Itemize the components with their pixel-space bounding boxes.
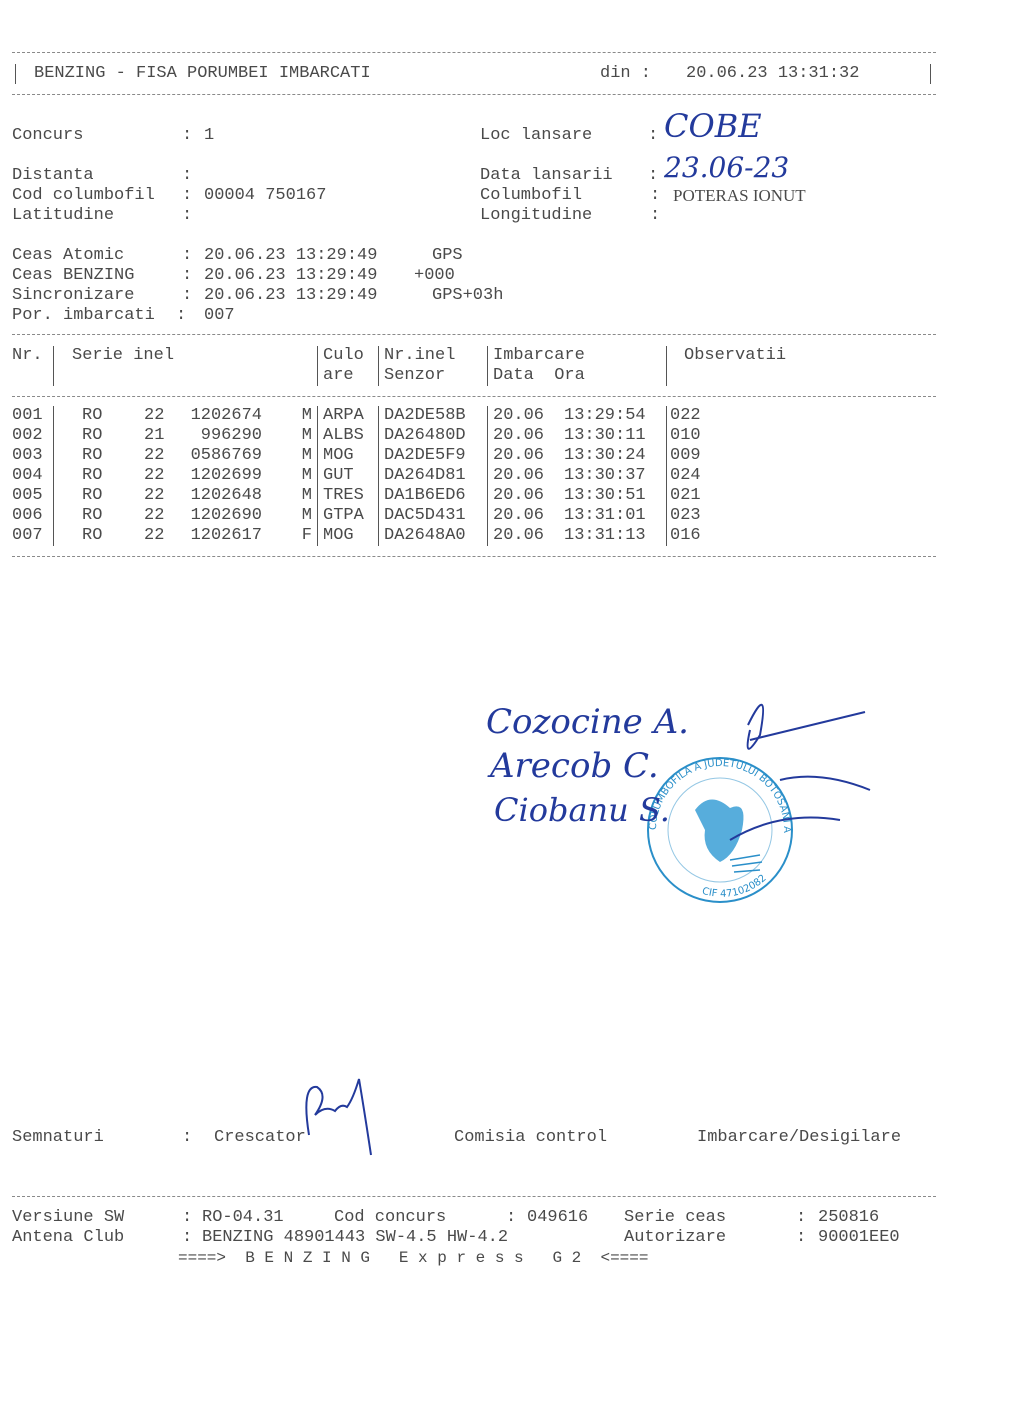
ceas-atomic-value: 20.06.23 13:29:49: [204, 246, 377, 266]
divider: [12, 334, 936, 335]
table-row: 006RO221202690MGTPADAC5D43120.0613:31:01…: [0, 506, 700, 526]
col-divider: [53, 446, 54, 466]
cell-nr: 003: [12, 446, 43, 465]
cell-sensor: DA2DE5F9: [384, 446, 466, 465]
col-divider: [378, 506, 379, 526]
data-lansarii-label: Data lansarii: [480, 166, 613, 186]
cell-country: RO: [82, 506, 102, 525]
cell-country: RO: [82, 426, 102, 445]
table-row: 003RO220586769MMOGDA2DE5F920.0613:30:240…: [0, 446, 700, 466]
concurs-value: 1: [204, 126, 214, 146]
semnaturi-label: Semnaturi: [12, 1128, 104, 1148]
sep: :: [182, 246, 192, 266]
col-divider: [666, 526, 667, 546]
sep: :: [182, 286, 192, 306]
cell-date: 20.06: [493, 426, 544, 445]
col-divider: [666, 486, 667, 506]
col-divider: [53, 486, 54, 506]
versiune-sw-value: RO-04.31: [202, 1208, 284, 1228]
cell-date: 20.06: [493, 466, 544, 485]
col-divider: [487, 486, 488, 506]
cell-date: 20.06: [493, 486, 544, 505]
cell-obs: 009: [670, 446, 701, 465]
crescator-signature-icon: [295, 1075, 385, 1165]
longitudine-label: Longitudine: [480, 206, 592, 226]
col-divider: [378, 526, 379, 546]
col-divider: [487, 446, 488, 466]
comisia-control-label: Comisia control: [454, 1128, 607, 1148]
cell-obs: 023: [670, 506, 701, 525]
cell-color: MOG: [323, 526, 354, 545]
col-divider: [378, 466, 379, 486]
ceas-benzing-suffix: +000: [414, 266, 455, 286]
signature-name-2: Arecob C.: [490, 746, 659, 786]
col-divider: [53, 426, 54, 446]
cell-time: 13:30:37: [564, 466, 646, 485]
cell-ring: 1202674: [191, 406, 262, 425]
cell-obs: 016: [670, 526, 701, 545]
sep: :: [182, 126, 192, 146]
cell-ring: 1202690: [191, 506, 262, 525]
col-divider: [666, 466, 667, 486]
col-divider: [53, 346, 54, 386]
sep: :: [182, 186, 192, 206]
print-datetime: 20.06.23 13:31:32: [686, 64, 859, 84]
sep: :: [182, 206, 192, 226]
col-imbarcare-header-2: Data Ora: [493, 366, 585, 386]
col-divider: [666, 506, 667, 526]
col-nr-header: Nr.: [12, 346, 43, 366]
imbarcare-desigilare-label: Imbarcare/Desigilare: [697, 1128, 901, 1148]
cell-sex: M: [302, 426, 312, 445]
col-divider: [53, 526, 54, 546]
cell-date: 20.06: [493, 406, 544, 425]
divider: [12, 396, 936, 397]
divider: [12, 94, 936, 95]
cell-sensor: DA2DE58B: [384, 406, 466, 425]
sep: :: [796, 1228, 806, 1248]
col-divider: [378, 346, 379, 386]
cell-sensor: DA2648A0: [384, 526, 466, 545]
table-row: 001RO221202674MARPADA2DE58B20.0613:29:54…: [0, 406, 700, 426]
cell-time: 13:29:54: [564, 406, 646, 425]
serie-ceas-value: 250816: [818, 1208, 879, 1228]
cod-columbofil-value: 00004 750167: [204, 186, 326, 206]
col-divider: [666, 426, 667, 446]
col-divider: [317, 406, 318, 426]
divider: [12, 556, 936, 557]
sep: :: [182, 1228, 192, 1248]
columbofil-label: Columbofil: [480, 186, 582, 206]
col-divider: [487, 526, 488, 546]
ceas-benzing-label: Ceas BENZING: [12, 266, 134, 286]
cell-date: 20.06: [493, 506, 544, 525]
cell-nr: 001: [12, 406, 43, 425]
cell-time: 13:30:24: [564, 446, 646, 465]
divider: [12, 1196, 936, 1197]
cell-time: 13:31:13: [564, 526, 646, 545]
col-divider: [53, 506, 54, 526]
col-divider: [317, 346, 318, 386]
col-divider: [317, 486, 318, 506]
autorizare-value: 90001EE0: [818, 1228, 900, 1248]
frame-left-bar: [15, 64, 16, 84]
versiune-sw-label: Versiune SW: [12, 1208, 124, 1228]
ceas-benzing-value: 20.06.23 13:29:49: [204, 266, 377, 286]
table-row: 007RO221202617FMOGDA2648A020.0613:31:130…: [0, 526, 700, 546]
ceas-atomic-label: Ceas Atomic: [12, 246, 124, 266]
col-divider: [666, 446, 667, 466]
cell-ring: 996290: [201, 426, 262, 445]
cell-sensor: DA1B6ED6: [384, 486, 466, 505]
columbofil-value: POTERAS IONUT: [673, 186, 806, 206]
signature-name-1: Cozocine A.: [486, 702, 689, 742]
sep: :: [176, 306, 186, 326]
document-title: BENZING - FISA PORUMBEI IMBARCATI: [34, 64, 371, 84]
antena-club-label: Antena Club: [12, 1228, 124, 1248]
col-divider: [378, 426, 379, 446]
table-row: 005RO221202648MTRESDA1B6ED620.0613:30:51…: [0, 486, 700, 506]
cell-country: RO: [82, 406, 102, 425]
cell-nr: 006: [12, 506, 43, 525]
cell-ring: 1202648: [191, 486, 262, 505]
sep: :: [182, 266, 192, 286]
cell-date: 20.06: [493, 446, 544, 465]
cell-ring: 1202699: [191, 466, 262, 485]
cod-columbofil-label: Cod columbofil: [12, 186, 155, 206]
sep: :: [648, 166, 658, 186]
cell-nr: 007: [12, 526, 43, 545]
sep: :: [650, 186, 660, 206]
cell-obs: 024: [670, 466, 701, 485]
sincronizare-suffix: GPS+03h: [432, 286, 503, 306]
cell-time: 13:31:01: [564, 506, 646, 525]
table-row: 004RO221202699MGUTDA264D8120.0613:30:370…: [0, 466, 700, 486]
sincronizare-label: Sincronizare: [12, 286, 134, 306]
col-divider: [487, 406, 488, 426]
col-divider: [666, 346, 667, 386]
cell-date: 20.06: [493, 526, 544, 545]
cell-color: GTPA: [323, 506, 364, 525]
col-observatii-header: Observatii: [684, 346, 786, 366]
signature-name-3: Ciobanu S.: [494, 790, 670, 830]
por-imbarcati-value: 007: [204, 306, 235, 326]
antena-club-value: BENZING 48901443 SW-4.5 HW-4.2: [202, 1228, 508, 1248]
cell-obs: 021: [670, 486, 701, 505]
cell-ring: 0586769: [191, 446, 262, 465]
svg-text:CIF 47102082: CIF 47102082: [701, 873, 769, 900]
cell-sex: F: [302, 526, 312, 545]
col-divider: [378, 446, 379, 466]
distanta-label: Distanta: [12, 166, 94, 186]
col-divider: [53, 466, 54, 486]
sep: :: [506, 1208, 516, 1228]
cell-time: 13:30:11: [564, 426, 646, 445]
cell-nr: 005: [12, 486, 43, 505]
col-culoare-header-2: are: [323, 366, 354, 386]
cell-year: 22: [144, 466, 164, 485]
cell-year: 22: [144, 406, 164, 425]
col-divider: [487, 506, 488, 526]
cell-year: 22: [144, 486, 164, 505]
data-lansarii-handwritten: 23.06-23: [664, 152, 789, 184]
sep: :: [182, 1128, 192, 1148]
loc-lansare-handwritten: COBE: [664, 108, 762, 144]
sep: :: [182, 166, 192, 186]
cell-sensor: DA264D81: [384, 466, 466, 485]
serie-ceas-label: Serie ceas: [624, 1208, 726, 1228]
col-serie-header: Serie inel: [72, 346, 174, 366]
sincronizare-value: 20.06.23 13:29:49: [204, 286, 377, 306]
col-divider: [378, 406, 379, 426]
col-divider: [487, 466, 488, 486]
autorizare-label: Autorizare: [624, 1228, 726, 1248]
cod-concurs-value: 049616: [527, 1208, 588, 1228]
cell-sex: M: [302, 486, 312, 505]
loc-lansare-label: Loc lansare: [480, 126, 592, 146]
col-culoare-header-1: Culo: [323, 346, 364, 366]
cell-country: RO: [82, 466, 102, 485]
cell-ring: 1202617: [191, 526, 262, 545]
col-divider: [378, 486, 379, 506]
cell-color: TRES: [323, 486, 364, 505]
col-imbarcare-header-1: Imbarcare: [493, 346, 585, 366]
cell-sex: M: [302, 406, 312, 425]
sep: :: [182, 1208, 192, 1228]
col-senzor-header-1: Nr.inel: [384, 346, 455, 366]
cell-nr: 002: [12, 426, 43, 445]
col-divider: [666, 406, 667, 426]
cell-year: 21: [144, 426, 164, 445]
ceas-atomic-suffix: GPS: [432, 246, 463, 266]
cell-sensor: DAC5D431: [384, 506, 466, 525]
cell-color: GUT: [323, 466, 354, 485]
cell-time: 13:30:51: [564, 486, 646, 505]
cell-color: MOG: [323, 446, 354, 465]
latitudine-label: Latitudine: [12, 206, 114, 226]
col-divider: [487, 346, 488, 386]
col-divider: [317, 526, 318, 546]
cell-country: RO: [82, 526, 102, 545]
col-divider: [317, 506, 318, 526]
sep: :: [648, 126, 658, 146]
cell-year: 22: [144, 526, 164, 545]
cell-country: RO: [82, 446, 102, 465]
cell-color: ALBS: [323, 426, 364, 445]
frame-right-bar: [930, 64, 931, 84]
col-divider: [487, 426, 488, 446]
col-divider: [317, 426, 318, 446]
cell-color: ARPA: [323, 406, 364, 425]
col-senzor-header-2: Senzor: [384, 366, 445, 386]
col-divider: [317, 466, 318, 486]
cell-sex: M: [302, 506, 312, 525]
cell-obs: 022: [670, 406, 701, 425]
divider: [12, 52, 936, 53]
col-divider: [317, 446, 318, 466]
cell-sex: M: [302, 466, 312, 485]
sep: :: [796, 1208, 806, 1228]
cell-sex: M: [302, 446, 312, 465]
crescator-label: Crescator: [214, 1128, 306, 1148]
cod-concurs-label: Cod concurs: [334, 1208, 446, 1228]
table-row: 002RO21996290MALBSDA26480D20.0613:30:110…: [0, 426, 700, 446]
cell-nr: 004: [12, 466, 43, 485]
commission-signatures: COLUMBOFILA A JUDETULUI BOTOSANI A FCR C…: [480, 690, 900, 920]
din-label: din :: [600, 64, 651, 84]
col-divider: [53, 406, 54, 426]
concurs-label: Concurs: [12, 126, 83, 146]
sep: :: [650, 206, 660, 226]
cell-year: 22: [144, 506, 164, 525]
cell-obs: 010: [670, 426, 701, 445]
table-body: 001RO221202674MARPADA2DE58B20.0613:29:54…: [0, 406, 940, 546]
benzing-express-banner: ====> B E N Z I N G E x p r e s s G 2 <=…: [178, 1248, 648, 1268]
cell-country: RO: [82, 486, 102, 505]
cell-year: 22: [144, 446, 164, 465]
cell-sensor: DA26480D: [384, 426, 466, 445]
por-imbarcati-label: Por. imbarcati: [12, 306, 155, 326]
